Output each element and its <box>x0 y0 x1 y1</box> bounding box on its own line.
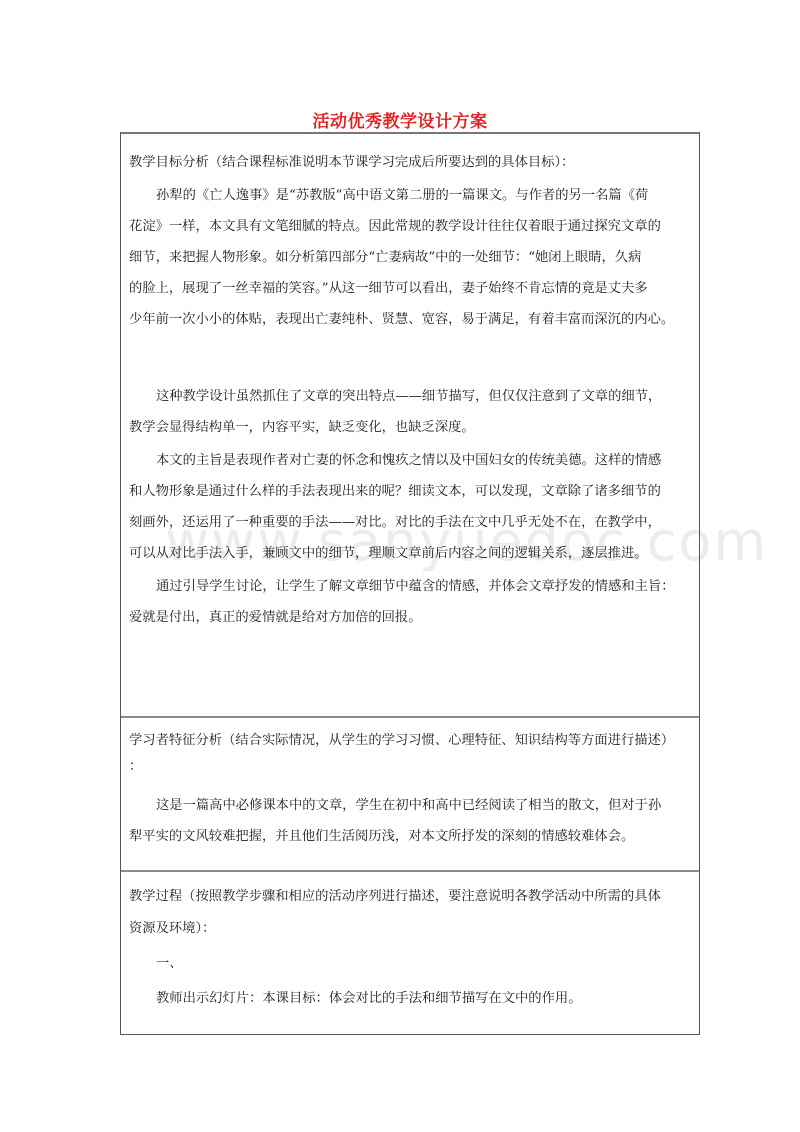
text-line: 通过引导学生讨论，让学生了解文章细节中蕴含的情感，并体会文章抒发的情感和主旨： <box>129 571 693 602</box>
section-heading: 学习者特征分析（结合实际情况，从学生的学习习惯、心理特征、知识结构等方面进行描述… <box>129 726 693 756</box>
blank-gap <box>129 335 693 381</box>
text-line: 少年前一次小小的体贴，表现出亡妻纯朴、贤慧、宽容，易于满足，有着丰富而深沉的内心… <box>129 304 693 335</box>
section-teaching-objectives: 教学目标分析（结合课程标准说明本节课学习完成后所要达到的具体目标）： 孙犁的《亡… <box>121 148 699 718</box>
lesson-plan-table: 教学目标分析（结合课程标准说明本节课学习完成后所要达到的具体目标）： 孙犁的《亡… <box>120 132 700 1035</box>
text-line: 的脸上，展现了一丝幸福的笑容。”从这一细节可以看出，妻子始终不肯忘情的竟是丈夫多 <box>129 273 693 304</box>
paragraph: 这是一篇高中必修课本中的文章，学生在初中和高中已经阅读了相当的散文，但对于孙 犁… <box>129 790 693 852</box>
paragraph: 这种教学设计虽然抓住了文章的突出特点——细节描写，但仅仅注意到了文章的细节， 教… <box>129 381 693 443</box>
paragraph: 本文的主旨是表现作者对亡妻的怀念和愧疚之情以及中国妇女的传统美德。这样的情感 和… <box>129 445 693 569</box>
section-learner-analysis: 学习者特征分析（结合实际情况，从学生的学习习惯、心理特征、知识结构等方面进行描述… <box>121 726 699 872</box>
section-heading: 教学目标分析（结合课程标准说明本节课学习完成后所要达到的具体目标）： <box>129 148 693 178</box>
text-line: 花淀》一样，本文具有文笔细腻的特点。因此常规的教学设计往往仅着眼于通过探究文章的 <box>129 211 693 242</box>
text-line: 这种教学设计虽然抓住了文章的突出特点——细节描写，但仅仅注意到了文章的细节， <box>129 381 693 412</box>
paragraph: 孙犁的《亡人逸事》是“苏教版”高中语文第二册的一篇课文。与作者的另一名篇《荷 花… <box>129 180 693 335</box>
text-line: 刻画外，还运用了一种重要的手法——对比。对比的手法在文中几乎无处不在，在教学中， <box>129 507 693 538</box>
text-line: 爱就是付出，真正的爱情就是给对方加倍的回报。 <box>129 602 693 633</box>
text-line: 这是一篇高中必修课本中的文章，学生在初中和高中已经阅读了相当的散文，但对于孙 <box>129 790 693 821</box>
text-line: 可以从对比手法入手，兼顾文中的细节，理顺文章前后内容之间的逻辑关系，逐层推进。 <box>129 538 693 569</box>
paragraph: 通过引导学生讨论，让学生了解文章细节中蕴含的情感，并体会文章抒发的情感和主旨： … <box>129 571 693 633</box>
text-line: 教师出示幻灯片：本课目标：体会对比的手法和细节描写在文中的作用。 <box>129 982 693 1016</box>
text-line: 细节，来把握人物形象。如分析第四部分“亡妻病故”中的一处细节：“她闭上眼睛，久病 <box>129 242 693 273</box>
section-heading-cont: 资源及环境）： <box>129 912 693 946</box>
section-teaching-process: 教学过程（按照教学步骤和相应的活动序列进行描述，要注意说明各教学活动中所需的具体… <box>121 882 699 1034</box>
step-number: 一、 <box>129 946 693 982</box>
text-line: 犁平实的文风较难把握，并且他们生活阅历浅，对本文所抒发的深刻的情感较难体会。 <box>129 821 693 852</box>
document-title: 活动优秀教学设计方案 <box>0 107 800 132</box>
text-line: 本文的主旨是表现作者对亡妻的怀念和愧疚之情以及中国妇女的传统美德。这样的情感 <box>129 445 693 476</box>
section-heading: 教学过程（按照教学步骤和相应的活动序列进行描述，要注意说明各教学活动中所需的具体 <box>129 882 693 912</box>
text-line: 和人物形象是通过什么样的手法表现出来的呢？细读文本，可以发现，文章除了诸多细节的 <box>129 476 693 507</box>
text-line: 孙犁的《亡人逸事》是“苏教版”高中语文第二册的一篇课文。与作者的另一名篇《荷 <box>129 180 693 211</box>
section-heading-colon: ： <box>129 756 693 778</box>
text-line: 教学会显得结构单一，内容平实，缺乏变化，也缺乏深度。 <box>129 412 693 443</box>
